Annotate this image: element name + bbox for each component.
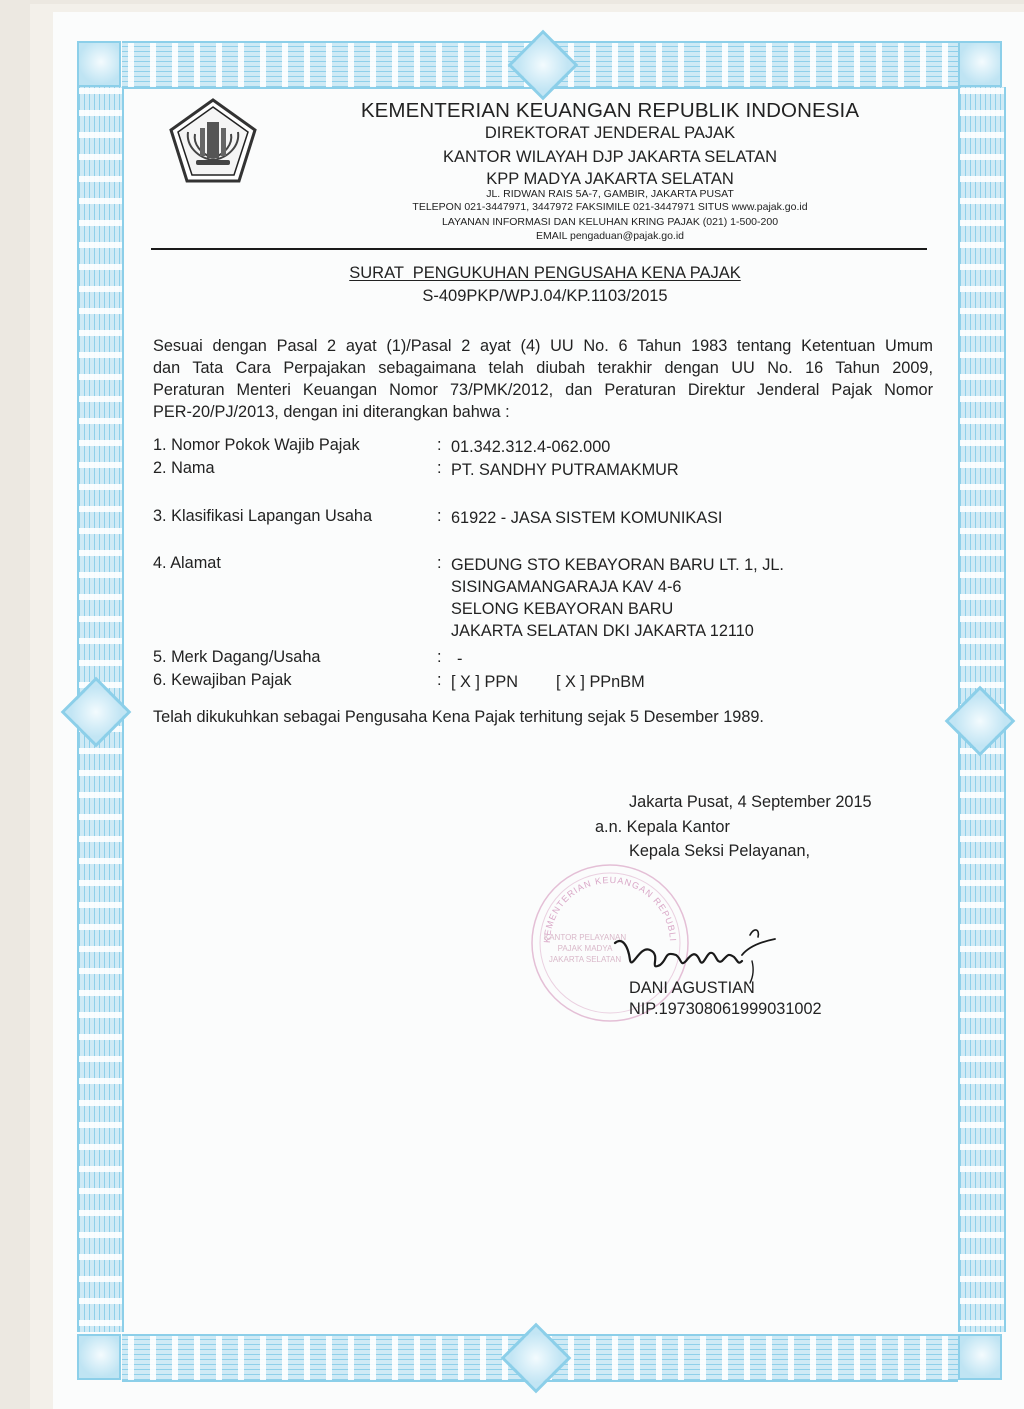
field-value: PT. SANDHY PUTRAMAKMUR — [451, 459, 679, 481]
address-line: SISINGAMANGARAJA KAV 4-6 — [451, 576, 784, 598]
letterhead-regional-office: KANTOR WILAYAH DJP JAKARTA SELATAN — [260, 148, 960, 167]
document-number: S-409PKP/WPJ.04/KP.1103/2015 — [150, 287, 940, 306]
letterhead-ministry: KEMENTERIAN KEUANGAN REPUBLIK INDONESIA — [260, 99, 960, 123]
letterhead-directorate: DIREKTORAT JENDERAL PAJAK — [260, 124, 960, 143]
signatory-name: DANI AGUSTIAN — [629, 979, 755, 998]
field-value: [ X ] PPN[ X ] PPnBM — [451, 671, 645, 693]
field-label: 6. Kewajiban Pajak — [153, 671, 291, 690]
letterhead-email: EMAIL pengaduan@pajak.go.id — [260, 230, 960, 242]
field-label: 4. Alamat — [153, 554, 221, 573]
field-value: 61922 - JASA SISTEM KOMUNIKASI — [451, 507, 722, 529]
kementerian-keuangan-emblem-icon — [168, 98, 258, 184]
signature-position: Kepala Seksi Pelayanan, — [629, 842, 810, 861]
field-label: 5. Merk Dagang/Usaha — [153, 648, 320, 667]
intro-paragraph: Sesuai dengan Pasal 2 ayat (1)/Pasal 2 a… — [153, 335, 933, 423]
field-label: 2. Nama — [153, 459, 215, 478]
field-value: - — [457, 648, 462, 670]
intro-line: PER-20/PJ/2013, dengan ini diterangkan b… — [153, 401, 933, 423]
address-line: JAKARTA SELATAN DKI JAKARTA 12110 — [451, 620, 784, 642]
signatory-nip: NIP.197308061999031002 — [629, 1000, 822, 1019]
field-value: 01.342.312.4-062.000 — [451, 436, 610, 458]
handwritten-signature-icon — [610, 915, 780, 985]
field-value: GEDUNG STO KEBAYORAN BARU LT. 1, JL. SIS… — [451, 554, 784, 642]
svg-text:PAJAK MADYA: PAJAK MADYA — [558, 944, 613, 953]
letterhead-contact: TELEPON 021-3447971, 3447972 FAKSIMILE 0… — [260, 201, 960, 213]
letterhead-address: JL. RIDWAN RAIS 5A-7, GAMBIR, JAKARTA PU… — [260, 188, 960, 200]
option-ppn: [ X ] PPN — [451, 673, 518, 691]
address-line: SELONG KEBAYORAN BARU — [451, 598, 784, 620]
option-ppnbm: [ X ] PPnBM — [556, 671, 645, 693]
field-label: 1. Nomor Pokok Wajib Pajak — [153, 436, 360, 455]
certificate-content: KEMENTERIAN KEUANGAN REPUBLIK INDONESIA … — [0, 0, 1024, 1409]
intro-line: Sesuai dengan Pasal 2 ayat (1)/Pasal 2 a… — [153, 335, 933, 357]
intro-line: Peraturan Menteri Keuangan Nomor 73/PMK/… — [153, 379, 933, 401]
signature-place-date: Jakarta Pusat, 4 September 2015 — [629, 793, 872, 812]
closing-statement: Telah dikukuhkan sebagai Pengusaha Kena … — [153, 708, 764, 727]
letterhead-hotline: LAYANAN INFORMASI DAN KELUHAN KRING PAJA… — [260, 216, 960, 228]
field-label: 3. Klasifikasi Lapangan Usaha — [153, 507, 372, 526]
address-line: GEDUNG STO KEBAYORAN BARU LT. 1, JL. — [451, 554, 784, 576]
signature-on-behalf: a.n. Kepala Kantor — [595, 818, 730, 837]
intro-line: dan Tata Cara Perpajakan sebagaimana tel… — [153, 357, 933, 379]
letterhead-tax-office: KPP MADYA JAKARTA SELATAN — [260, 170, 960, 189]
document-title: SURAT PENGUKUHAN PENGUSAHA KENA PAJAK — [150, 264, 940, 283]
letterhead-divider — [151, 248, 927, 250]
